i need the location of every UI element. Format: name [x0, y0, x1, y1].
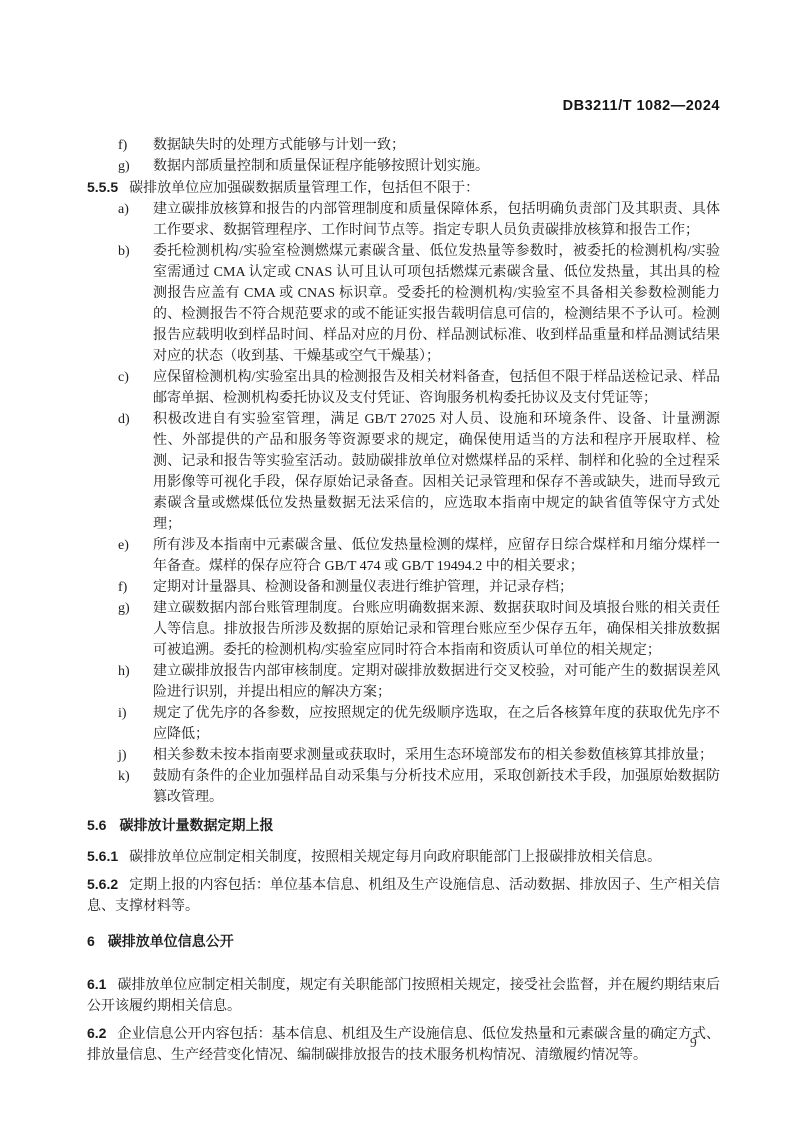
list-item: d) 积极改进自有实验室管理，满足 GB/T 27025 对人员、设施和环境条件…	[87, 409, 720, 535]
list-item: c) 应保留检测机构/实验室出具的检测报告及相关材料备查，包括但不限于样品送检记…	[87, 367, 720, 409]
document-page: DB3211/T 1082—2024 f) 数据缺失时的处理方式能够与计划一致；…	[0, 0, 794, 1123]
list-item: b) 委托检测机构/实验室检测燃煤元素碳含量、低位发热量等参数时，被委托的检测机…	[87, 241, 720, 367]
list-item: h) 建立碳排放报告内部审核制度。定期对碳排放数据进行交叉校验，对可能产生的数据…	[87, 661, 720, 703]
list-item-label: g)	[118, 598, 130, 619]
list-item-text: 鼓励有条件的企业加强样品自动采集与分析技术应用，采取创新技术手段，加强原始数据防…	[153, 769, 720, 805]
list-item-text: 建立碳数据内部台账管理制度。台账应明确数据来源、数据获取时间及填报台账的相关责任…	[153, 601, 720, 658]
list-item-text: 数据缺失时的处理方式能够与计划一致；	[153, 138, 405, 153]
list-item: j) 相关参数未按本指南要求测量或获取时，采用生态环境部发布的相关参数值核算其排…	[87, 745, 720, 766]
clause-text: 碳排放单位应制定相关制度，规定有关职能部门按照相关规定，接受社会监督，并在履约期…	[87, 978, 720, 1014]
clause-5-6-1: 5.6.1碳排放单位应制定相关制度，按照相关规定每月向政府职能部门上报碳排放相关…	[87, 846, 720, 868]
list-item-label: e)	[118, 535, 129, 556]
list-item-text: 数据内部质量控制和质量保证程序能够按照计划实施。	[153, 159, 489, 174]
list-item: f) 数据缺失时的处理方式能够与计划一致；	[87, 135, 720, 156]
clause-number: 5.6.1	[87, 848, 118, 864]
clause-text: 定期上报的内容包括：单位基本信息、机组及生产设施信息、活动数据、排放因子、生产相…	[87, 878, 720, 914]
doc-number-header: DB3211/T 1082—2024	[87, 96, 720, 117]
list-item-text: 规定了优先序的各参数，应按照规定的优先级顺序选取，在之后各核算年度的获取优先序不…	[153, 706, 720, 742]
section-heading-6: 6碳排放单位信息公开	[87, 931, 720, 952]
clause-5-6-2: 5.6.2定期上报的内容包括：单位基本信息、机组及生产设施信息、活动数据、排放因…	[87, 874, 720, 917]
clause-number: 6.1	[87, 976, 106, 992]
list-item-label: f)	[118, 135, 127, 156]
list-item: g) 建立碳数据内部台账管理制度。台账应明确数据来源、数据获取时间及填报台账的相…	[87, 598, 720, 661]
clause-text: 碳排放单位应制定相关制度，按照相关规定每月向政府职能部门上报碳排放相关信息。	[129, 850, 661, 865]
list-item-text: 建立碳排放核算和报告的内部管理制度和质量保障体系，包括明确负责部门及其职责、具体…	[153, 202, 720, 238]
page-number: 9	[690, 1035, 697, 1051]
list-item-label: c)	[118, 367, 129, 388]
list-item-label: f)	[118, 577, 127, 598]
list-item-label: j)	[118, 745, 127, 766]
clause-5-5-5: 5.5.5碳排放单位应加强碳数据质量管理工作，包括但不限于：	[87, 177, 720, 199]
list-item: g) 数据内部质量控制和质量保证程序能够按照计划实施。	[87, 156, 720, 177]
list-item: e) 所有涉及本指南中元素碳含量、低位发热量检测的煤样，应留存日综合煤样和月缩分…	[87, 535, 720, 577]
clause-number: 5.5.5	[87, 179, 118, 195]
section-title: 碳排放计量数据定期上报	[119, 817, 273, 833]
clause-number: 6.2	[87, 1025, 106, 1041]
section-number: 5.6	[87, 817, 106, 833]
list-item: f) 定期对计量器具、检测设备和测量仪表进行维护管理，并记录存档；	[87, 577, 720, 598]
clause-6-1: 6.1碳排放单位应制定相关制度，规定有关职能部门按照相关规定，接受社会监督，并在…	[87, 974, 720, 1017]
list-item-label: b)	[118, 241, 130, 262]
list-item-label: h)	[118, 661, 130, 682]
list-item-text: 相关参数未按本指南要求测量或获取时，采用生态环境部发布的相关参数值核算其排放量；	[153, 748, 713, 763]
list-item-text: 建立碳排放报告内部审核制度。定期对碳排放数据进行交叉校验，对可能产生的数据误差风…	[153, 664, 720, 700]
section-heading-5-6: 5.6碳排放计量数据定期上报	[87, 815, 720, 836]
document-body: f) 数据缺失时的处理方式能够与计划一致； g) 数据内部质量控制和质量保证程序…	[87, 135, 720, 1066]
list-item-label: i)	[118, 703, 127, 724]
list-item-text: 积极改进自有实验室管理，满足 GB/T 27025 对人员、设施和环境条件、设备…	[153, 412, 720, 532]
list-item-text: 所有涉及本指南中元素碳含量、低位发热量检测的煤样，应留存日综合煤样和月缩分煤样一…	[153, 538, 720, 574]
list-item-text: 委托检测机构/实验室检测燃煤元素碳含量、低位发热量等参数时，被委托的检测机构/实…	[153, 244, 720, 364]
list-item-text: 应保留检测机构/实验室出具的检测报告及相关材料备查，包括但不限于样品送检记录、样…	[153, 370, 720, 406]
list-item-text: 定期对计量器具、检测设备和测量仪表进行维护管理，并记录存档；	[153, 580, 573, 595]
list-item-label: g)	[118, 156, 130, 177]
section-number: 6	[87, 933, 95, 949]
list-item-label: d)	[118, 409, 130, 430]
clause-text: 企业信息公开内容包括：基本信息、机组及生产设施信息、低位发热量和元素碳含量的确定…	[87, 1027, 720, 1063]
list-item-label: a)	[118, 199, 129, 220]
list-item: k) 鼓励有条件的企业加强样品自动采集与分析技术应用，采取创新技术手段，加强原始…	[87, 766, 720, 808]
clause-text: 碳排放单位应加强碳数据质量管理工作，包括但不限于：	[129, 181, 479, 196]
clause-6-2: 6.2企业信息公开内容包括：基本信息、机组及生产设施信息、低位发热量和元素碳含量…	[87, 1023, 720, 1066]
clause-number: 5.6.2	[87, 876, 118, 892]
section-title: 碳排放单位信息公开	[108, 933, 234, 949]
list-item: i) 规定了优先序的各参数，应按照规定的优先级顺序选取，在之后各核算年度的获取优…	[87, 703, 720, 745]
list-item: a) 建立碳排放核算和报告的内部管理制度和质量保障体系，包括明确负责部门及其职责…	[87, 199, 720, 241]
page-content: DB3211/T 1082—2024 f) 数据缺失时的处理方式能够与计划一致；…	[87, 96, 720, 1072]
list-item-label: k)	[118, 766, 130, 787]
